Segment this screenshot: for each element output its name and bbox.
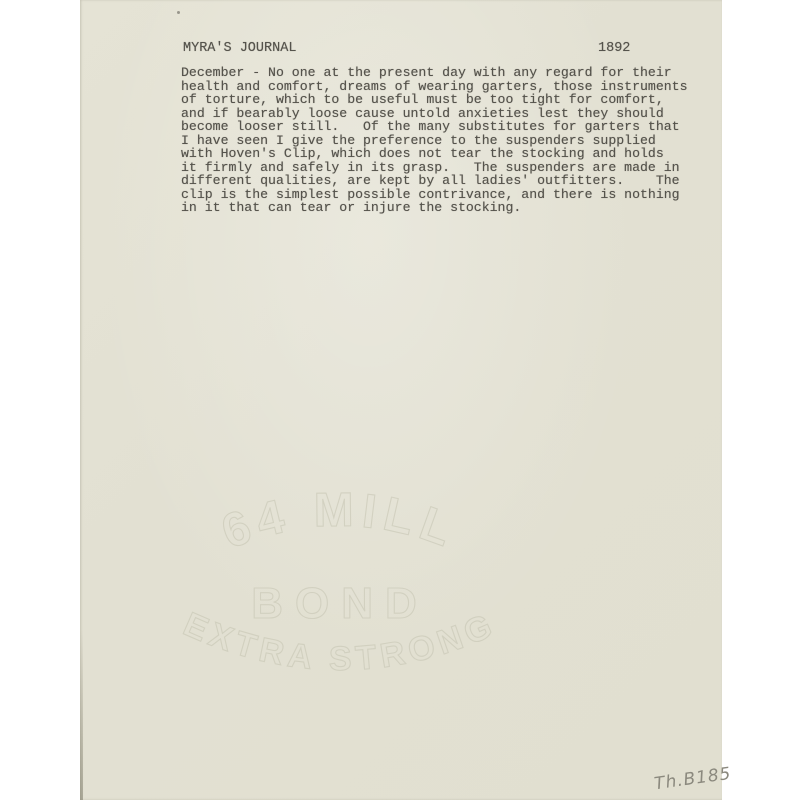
journal-page: MYRA'S JOURNAL 1892 December - No one at…	[80, 0, 722, 800]
watermark-middle-text: BOND	[251, 579, 429, 628]
page-year: 1892	[598, 41, 630, 56]
paper-watermark: 64 MILL BOND EXTRA STRONG	[150, 455, 530, 725]
page-edge-shadow	[80, 630, 83, 800]
typewritten-paragraph: December - No one at the present day wit…	[181, 66, 687, 215]
scanned-document-view: MYRA'S JOURNAL 1892 December - No one at…	[0, 0, 800, 800]
page-title: MYRA'S JOURNAL	[183, 41, 296, 56]
watermark-top-text: 64 MILL	[215, 484, 465, 560]
paper-speck	[177, 11, 180, 14]
pencil-shelfmark-annotation: Th.B185	[653, 764, 733, 795]
